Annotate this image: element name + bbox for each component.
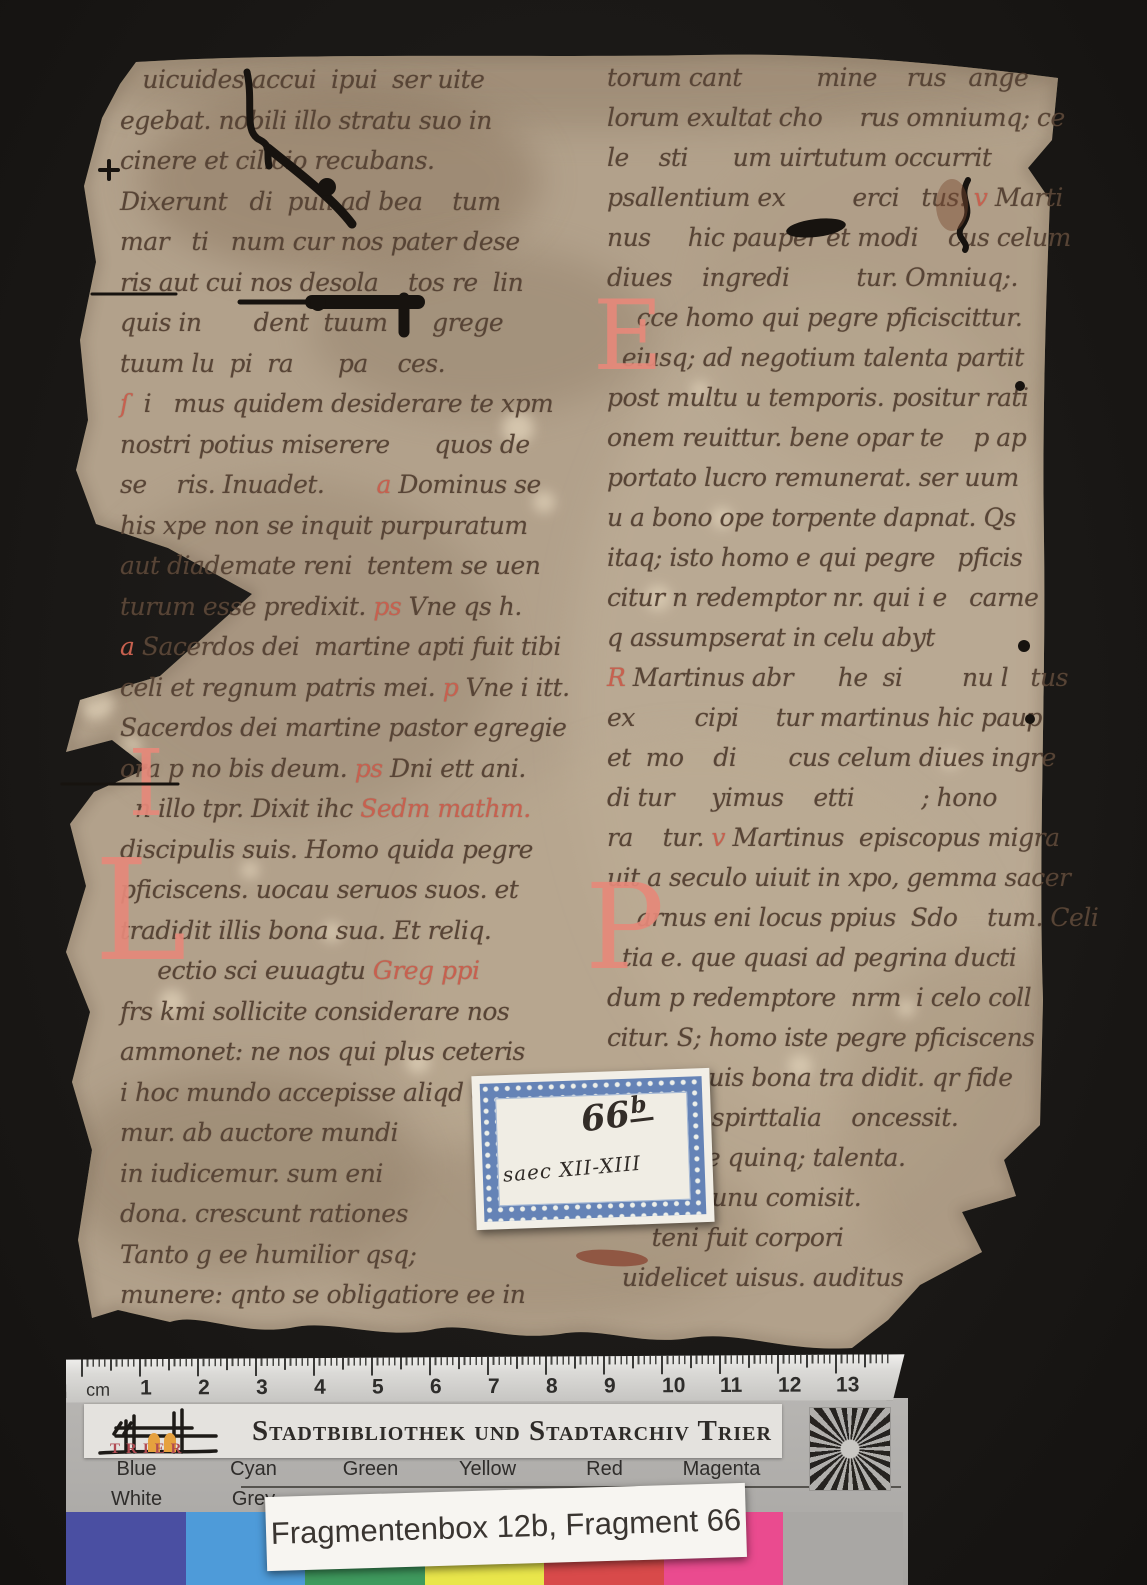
siemens-star-icon <box>810 1408 890 1490</box>
manuscript-line: lorum exultat cho rus omniumq; ce <box>607 98 1055 138</box>
manuscript-line: itaq; isto homo e qui pegre pficis <box>607 538 1055 578</box>
institution-name: Stadtbibliothek und Stadtarchiv Trier <box>252 1404 772 1458</box>
manuscript-line: ammonet: ne nos qui plus ceteris <box>120 1032 598 1073</box>
ruler-number: 9 <box>601 1374 659 1398</box>
ruler-number: 3 <box>253 1376 311 1400</box>
manuscript-line: psallentium ex erci tus. v Marti <box>607 178 1055 218</box>
manuscript-line: le sti um uirtutum occurrit <box>607 138 1055 178</box>
manuscript-line: cce homo qui pegre pficiscittur. <box>607 298 1055 338</box>
archival-photo: uicuides accui ipui ser uiteegebat. nobi… <box>0 0 1147 1585</box>
manuscript-line: his xpe non se inquit purpuratum <box>120 506 598 547</box>
ruler-number: 4 <box>311 1376 369 1400</box>
manuscript-line: tradidit illis bona sua. Et reliq. <box>120 911 598 952</box>
color-label: Blue <box>78 1458 195 1481</box>
manuscript-line: teni fuit corpori <box>607 1218 1055 1258</box>
color-swatch-grey <box>783 1512 903 1585</box>
manuscript-line: mar ti num cur nos pater dese <box>120 222 598 263</box>
manuscript-line: se ris. Inuadet. a Dominus se <box>120 465 598 506</box>
logo-city-text: TRIER <box>110 1441 188 1458</box>
shelfmark-main: 66 <box>579 1094 632 1141</box>
manuscript-line: onem reuittur. bene opar te p ap <box>607 418 1055 458</box>
manuscript-line: n illo tpr. Dixit ihc Sedm mathm. <box>120 789 598 830</box>
manuscript-line: citur. S; homo iste pegre pficiscens <box>607 1018 1055 1058</box>
manuscript-line: nus hic pauper et modi cus celum <box>607 218 1055 258</box>
archival-shelfmark-label: 66b saec XII-XIII <box>471 1068 714 1230</box>
manuscript-line: ex cipi tur martinus hic paup <box>607 698 1055 738</box>
color-label-row-1: BlueCyanGreenYellowRedMagenta <box>78 1458 780 1481</box>
manuscript-line: turum esse predixit. ps Vne qs h. <box>120 587 598 628</box>
ruler-number: 7 <box>485 1375 543 1399</box>
manuscript-line: arnus eni locus ppius Sdo tum. Celi <box>607 898 1055 938</box>
manuscript-line: ectio sci euuagtu Greg ppi <box>120 951 598 992</box>
manuscript-line: et mo di cus celum diues ingre <box>607 738 1055 778</box>
manuscript-line: uit a seculo uiuit in xpo, gemma sacer <box>607 858 1055 898</box>
ruler-number: 11 <box>717 1374 775 1398</box>
ruler-number: 2 <box>195 1376 253 1400</box>
ruler-number: 1 <box>137 1376 195 1400</box>
ruler-number: 13 <box>833 1373 891 1397</box>
manuscript-line: Dixerunt di puli ad bea tum <box>120 182 598 223</box>
ruler: cm 12345678910111213 <box>66 1354 908 1404</box>
color-label: Yellow <box>429 1458 546 1481</box>
ruler-unit-label: cm <box>86 1380 110 1401</box>
manuscript-line: tia e. que quasi ad pegrina ducti <box>607 938 1055 978</box>
manuscript-line: ora p no bis deum. ps Dni ett ani. <box>120 749 598 790</box>
ruler-number: 5 <box>369 1375 427 1399</box>
ruler-number: 12 <box>775 1373 833 1397</box>
color-label: Magenta <box>663 1458 780 1481</box>
manuscript-line: celi et regnum patris mei. p Vne i itt. <box>120 668 598 709</box>
manuscript-line: q assumpserat in celu abyt <box>607 618 1055 658</box>
manuscript-line: ris aut cui nos desola tos re lin <box>120 263 598 304</box>
manuscript-line: aut diademate reni tentem se uen <box>120 546 598 587</box>
manuscript-line: dum p redemptore nrm i celo coll <box>607 978 1055 1018</box>
shelfmark-suffix: b <box>627 1090 654 1123</box>
color-label: Red <box>546 1458 663 1481</box>
manuscript-line: uicuides accui ipui ser uite <box>120 60 598 101</box>
manuscript-line: u a bono ope torpente dapnat. Qs <box>607 498 1055 538</box>
color-label: Cyan <box>195 1458 312 1481</box>
manuscript-line: eiusq; ad negotium talenta partit <box>607 338 1055 378</box>
manuscript-line: portato lucro remunerat. ser uum <box>607 458 1055 498</box>
ruler-number: 10 <box>659 1374 717 1398</box>
manuscript-line: Tanto g ee humilior qsq; <box>120 1235 598 1276</box>
institution-label: TRIER Stadtbibliothek und Stadtarchiv Tr… <box>84 1404 782 1458</box>
manuscript-line: pficiscens. uocau seruos suos. et <box>120 870 598 911</box>
ruler-number: 6 <box>427 1375 485 1399</box>
manuscript-line: uidelicet uisus. auditus <box>607 1258 1055 1298</box>
manuscript-line: R Martinus abr he si nu l tus <box>607 658 1055 698</box>
box-label-text: Fragmentenbox 12b, Fragment 66 <box>270 1502 741 1552</box>
illuminated-initial-p: P <box>585 868 664 986</box>
manuscript-line: egebat. nobili illo stratu suo in <box>120 101 598 142</box>
manuscript-line: di tur yimus etti ; hono <box>607 778 1055 818</box>
manuscript-line: tuum lu pi ra pa ces. <box>120 344 598 385</box>
manuscript-line: torum cant mine rus ange <box>607 58 1055 98</box>
manuscript-line: post multu u temporis. positur rati <box>607 378 1055 418</box>
manuscript-line: Sacerdos dei martine pastor egregie <box>120 708 598 749</box>
color-label: Green <box>312 1458 429 1481</box>
manuscript-line: ſ i mus quidem desiderare te xpm <box>120 384 598 425</box>
manuscript-line: munere: qnto se obligatiore ee in <box>120 1275 598 1316</box>
illuminated-initial-e: E <box>593 288 663 384</box>
shelfmark-number: 66b <box>579 1091 655 1140</box>
box-label: Fragmentenbox 12b, Fragment 66 <box>265 1483 747 1571</box>
manuscript-line: diues ingredi tur. Omniuq;. <box>607 258 1055 298</box>
illuminated-initial-l: L <box>94 842 187 982</box>
manuscript-line: cinere et cilicio recubans. <box>120 141 598 182</box>
ruler-number: 8 <box>543 1375 601 1399</box>
color-swatch-blue <box>66 1512 186 1585</box>
manuscript-line: citur n redemptor nr. qui i e carne <box>607 578 1055 618</box>
manuscript-line: a Sacerdos dei martine apti fuit tibi <box>120 627 598 668</box>
manuscript-line: quis in dent tuum grege <box>120 303 598 344</box>
ruler-numbers: 12345678910111213 <box>137 1373 891 1400</box>
manuscript-line: discipulis suis. Homo quida pegre <box>120 830 598 871</box>
illuminated-initial-i: I <box>128 738 164 830</box>
manuscript-line: frs kmi sollicite considerare nos <box>120 992 598 1033</box>
manuscript-line: ra tur. v Martinus episcopus migra <box>607 818 1055 858</box>
color-label: White <box>78 1488 195 1511</box>
manuscript-line: nostri potius miserere quos de <box>120 425 598 466</box>
